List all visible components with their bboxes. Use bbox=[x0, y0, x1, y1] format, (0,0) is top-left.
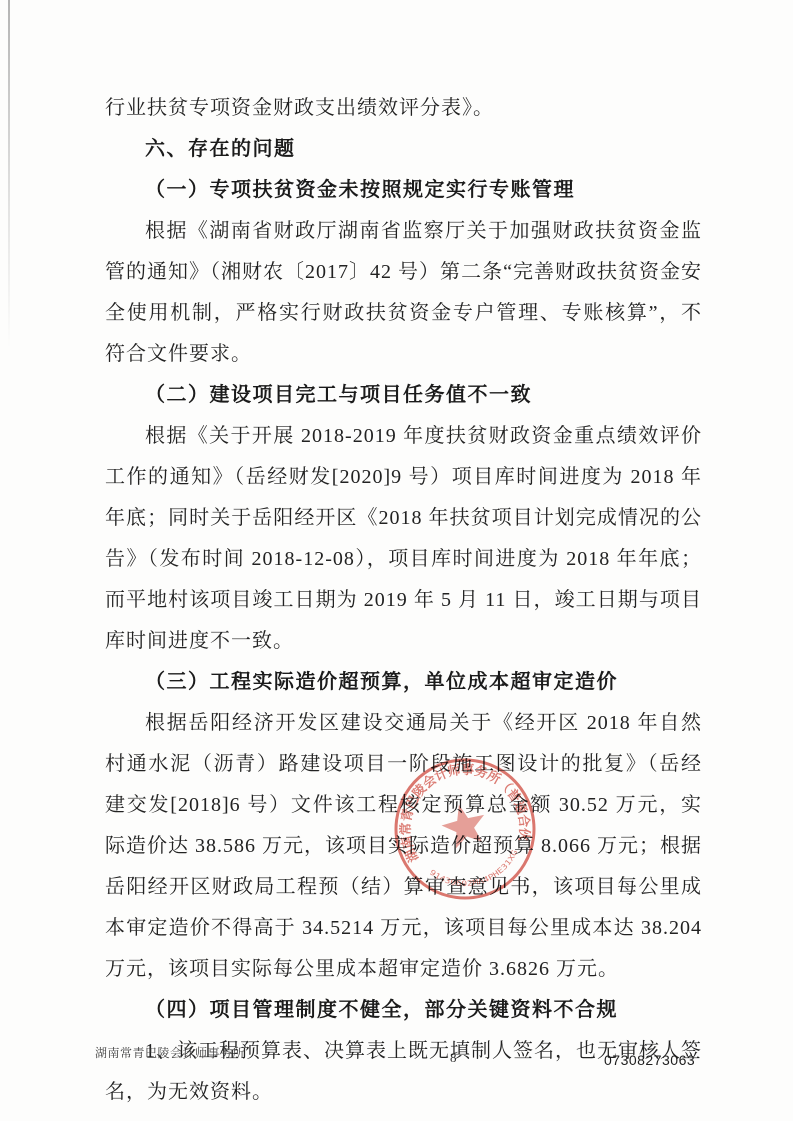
footer-contact-number: 07308273063 bbox=[604, 1052, 695, 1068]
body-paragraph: 行业扶贫专项资金财政支出绩效评分表》。 bbox=[105, 88, 702, 129]
document-body: 行业扶贫专项资金财政支出绩效评分表》。六、存在的问题（一）专项扶贫资金未按照规定… bbox=[105, 88, 702, 1113]
section-heading: （一）专项扶贫资金未按照规定实行专账管理 bbox=[105, 170, 702, 211]
body-paragraph: 根据《关于开展 2018-2019 年度扶贫财政资金重点绩效评价工作的通知》（岳… bbox=[105, 416, 702, 662]
document-page: 行业扶贫专项资金财政支出绩效评分表》。六、存在的问题（一）专项扶贫资金未按照规定… bbox=[0, 0, 793, 1121]
section-heading: （三）工程实际造价超预算，单位成本超审定造价 bbox=[105, 662, 702, 703]
section-heading: （四）项目管理制度不健全，部分关键资料不合规 bbox=[105, 990, 702, 1031]
footer-firm-name: 湖南常青巴陵会计师事务所 bbox=[95, 1044, 245, 1061]
section-heading: （二）建设项目完工与项目任务值不一致 bbox=[105, 375, 702, 416]
section-heading: 六、存在的问题 bbox=[105, 129, 702, 170]
scan-artifact bbox=[8, 0, 10, 348]
body-paragraph: 根据岳阳经济开发区建设交通局关于《经开区 2018 年自然村通水泥（沥青）路建设… bbox=[105, 703, 702, 990]
body-paragraph: 根据《湖南省财政厅湖南省监察厅关于加强财政扶贫资金监管的通知》（湘财农〔2017… bbox=[105, 211, 702, 375]
footer-page-number: 8 bbox=[450, 1050, 457, 1066]
